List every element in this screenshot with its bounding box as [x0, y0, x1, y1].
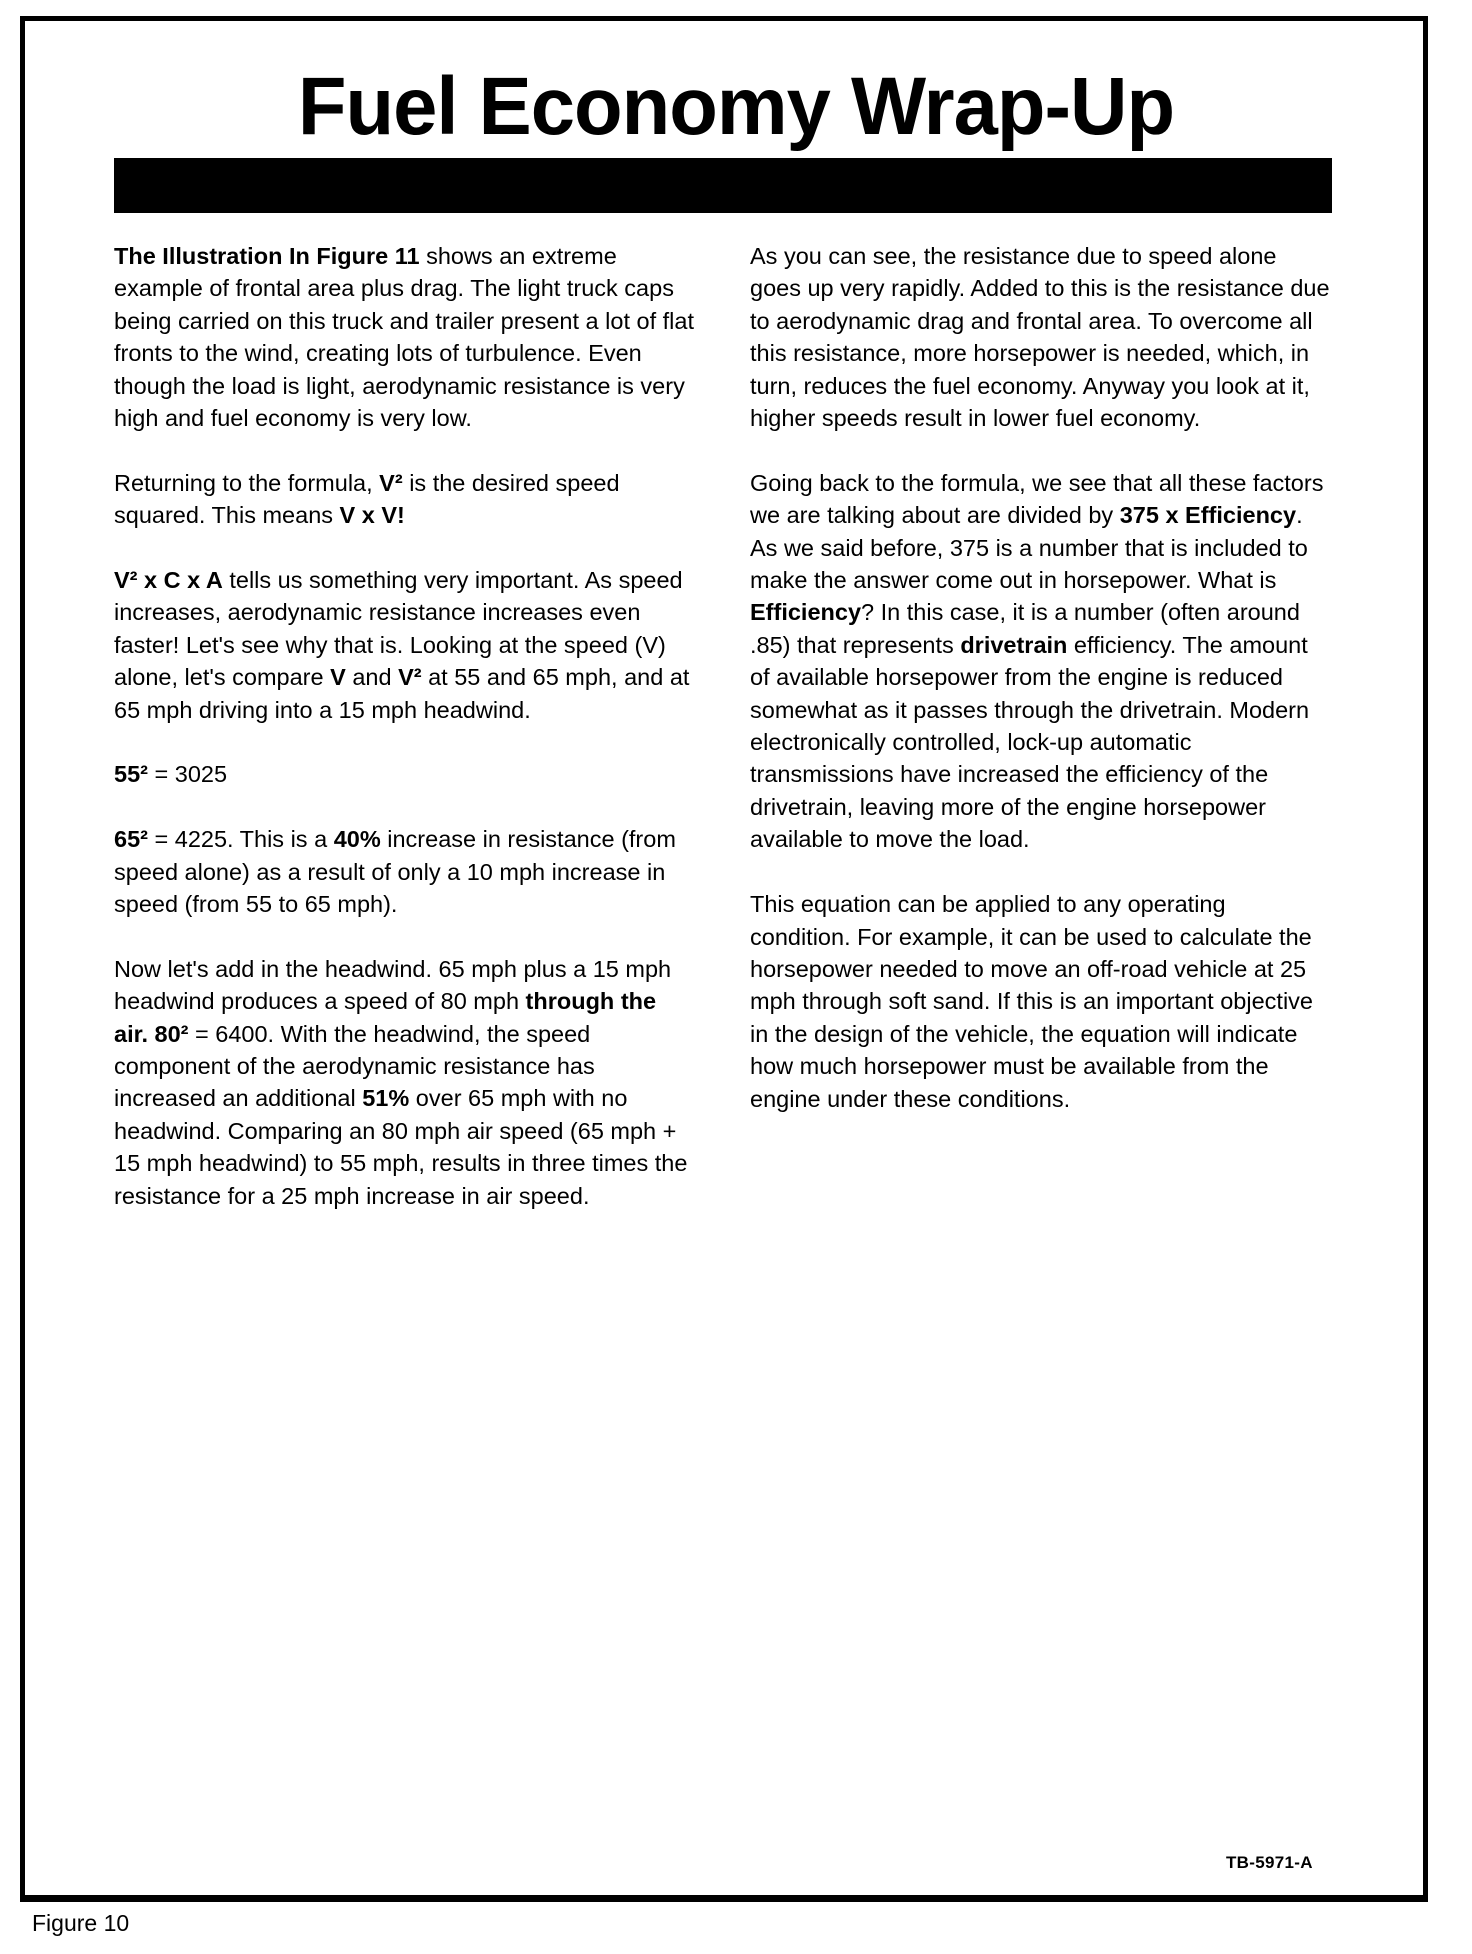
figure-caption: Figure 10 [32, 1910, 129, 1937]
bold-run: V x V! [340, 502, 405, 528]
bold-run: 40% [334, 826, 381, 852]
bold-run: V² [379, 470, 403, 496]
right-column: As you can see, the resistance due to sp… [750, 240, 1330, 1147]
text-run: = 3025 [148, 761, 227, 787]
bold-run: Efficiency [750, 599, 861, 625]
bold-run: V² [398, 664, 422, 690]
text-run: Returning to the formula, [114, 470, 379, 496]
text-run: = 4225. This is a [148, 826, 334, 852]
paragraph-65-squared: 65² = 4225. This is a 40% increase in re… [114, 823, 694, 920]
text-run: and [346, 664, 398, 690]
bold-run: 55² [114, 761, 148, 787]
bold-run: 51% [362, 1085, 409, 1111]
bold-lead: The Illustration In Figure 11 [114, 243, 420, 269]
bold-run: V [330, 664, 346, 690]
paragraph-returning-formula: Returning to the formula, V² is the desi… [114, 467, 694, 532]
paragraph-figure-11-intro: The Illustration In Figure 11 shows an e… [114, 240, 694, 434]
bold-run: 65² [114, 826, 148, 852]
text-run: efficiency. The amount of available hors… [750, 632, 1309, 852]
bold-run: drivetrain [960, 632, 1067, 658]
paragraph-equation-application: This equation can be applied to any oper… [750, 888, 1330, 1115]
paragraph-headwind: Now let's add in the headwind. 65 mph pl… [114, 953, 694, 1212]
page-title: Fuel Economy Wrap-Up [22, 62, 1450, 152]
bold-run: 375 x Efficiency [1120, 502, 1296, 528]
paragraph-v2-c-a: V² x C x A tells us something very impor… [114, 564, 694, 726]
paragraph-text: shows an extreme example of frontal area… [114, 243, 694, 431]
paragraph-resistance-speed: As you can see, the resistance due to sp… [750, 240, 1330, 434]
paragraph-55-squared: 55² = 3025 [114, 758, 694, 790]
title-underline-bar [114, 158, 1332, 213]
paragraph-efficiency: Going back to the formula, we see that a… [750, 467, 1330, 856]
paragraph-text: This equation can be applied to any oper… [750, 891, 1313, 1111]
document-code: TB-5971-A [1226, 1853, 1313, 1873]
left-column: The Illustration In Figure 11 shows an e… [114, 240, 694, 1245]
paragraph-text: As you can see, the resistance due to sp… [750, 243, 1330, 431]
bold-run: V² x C x A [114, 567, 223, 593]
